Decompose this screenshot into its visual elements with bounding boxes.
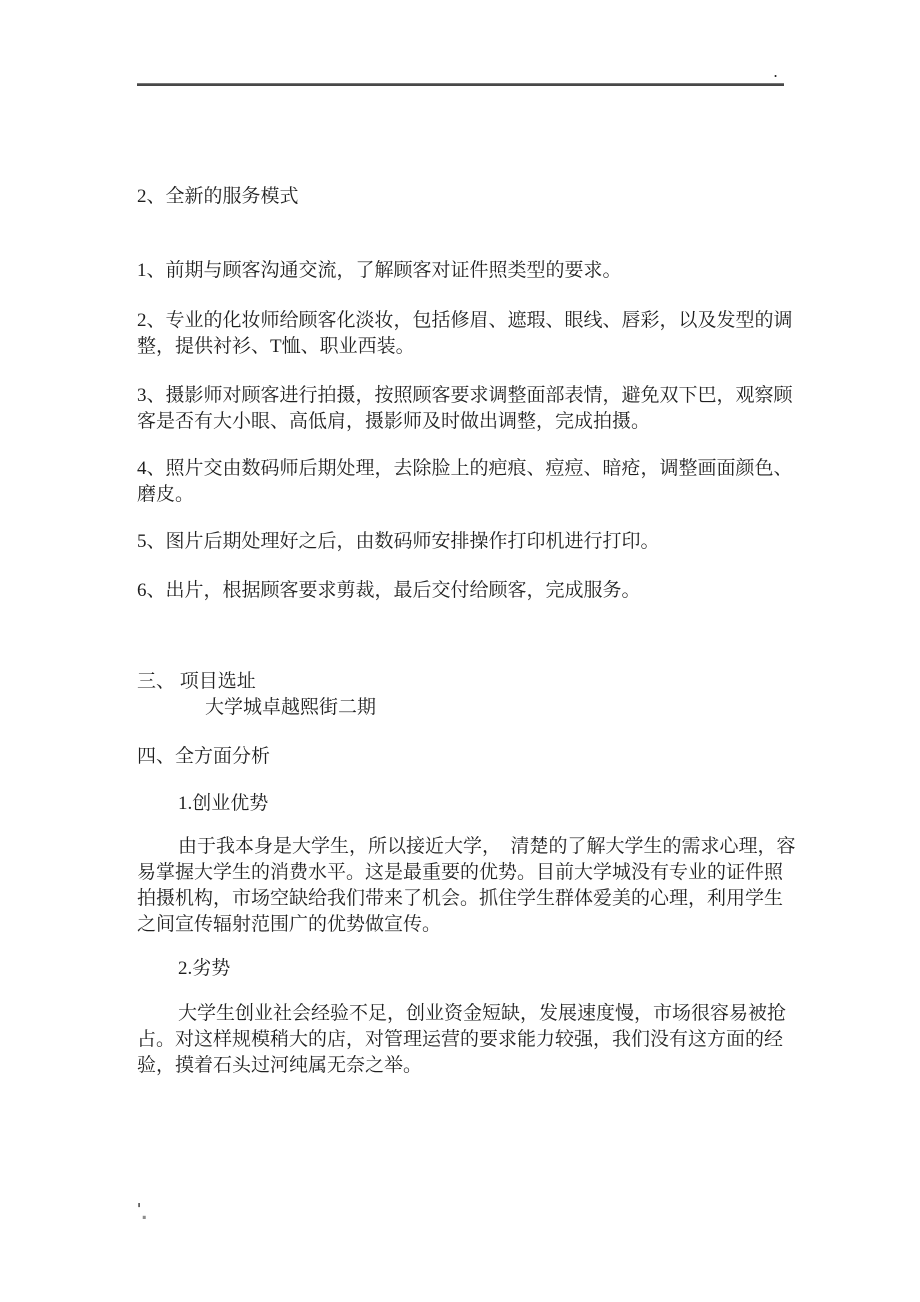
stray-mark-bottom-left-dot: . xyxy=(141,1206,147,1223)
advantage-paragraph: 由于我本身是大学生，所以接近大学， 清楚的了解大学生的需求心理，容 易掌握大学生… xyxy=(137,834,797,938)
document-page: . 2、全新的服务模式 1、前期与顾客沟通交流，了解顾客对证件照类型的要求。 2… xyxy=(0,0,920,1302)
subheading-disadvantage: 2.劣势 xyxy=(137,956,797,982)
document-body: 2、全新的服务模式 1、前期与顾客沟通交流，了解顾客对证件照类型的要求。 2、专… xyxy=(137,0,797,1079)
heading-service-mode: 2、全新的服务模式 xyxy=(137,184,797,210)
subheading-startup-advantage: 1.创业优势 xyxy=(137,791,797,817)
heading-full-analysis: 四、全方面分析 xyxy=(137,744,797,770)
disadvantage-paragraph: 大学生创业社会经验不足，创业资金短缺，发展速度慢，市场很容易被抢 占。对这样规模… xyxy=(137,1001,797,1079)
service-step-5: 5、图片后期处理好之后，由数码师安排操作打印机进行打印。 xyxy=(137,529,797,555)
heading-project-location: 三、 项目选址 xyxy=(137,669,797,695)
project-location-value: 大学城卓越熙街二期 xyxy=(137,695,797,721)
service-step-3: 3、摄影师对顾客进行拍摄，按照顾客要求调整面部表情，避免双下巴，观察顾 客是否有… xyxy=(137,383,797,435)
service-step-4: 4、照片交由数码师后期处理，去除脸上的疤痕、痘痘、暗疮，调整画面颜色、 磨皮。 xyxy=(137,456,797,508)
service-step-1: 1、前期与顾客沟通交流，了解顾客对证件照类型的要求。 xyxy=(137,258,797,284)
service-step-6: 6、出片，根据顾客要求剪裁，最后交付给顾客，完成服务。 xyxy=(137,578,797,604)
service-step-2: 2、专业的化妆师给顾客化淡妆，包括修眉、遮瑕、眼线、唇彩，以及发型的调 整，提供… xyxy=(137,308,797,360)
